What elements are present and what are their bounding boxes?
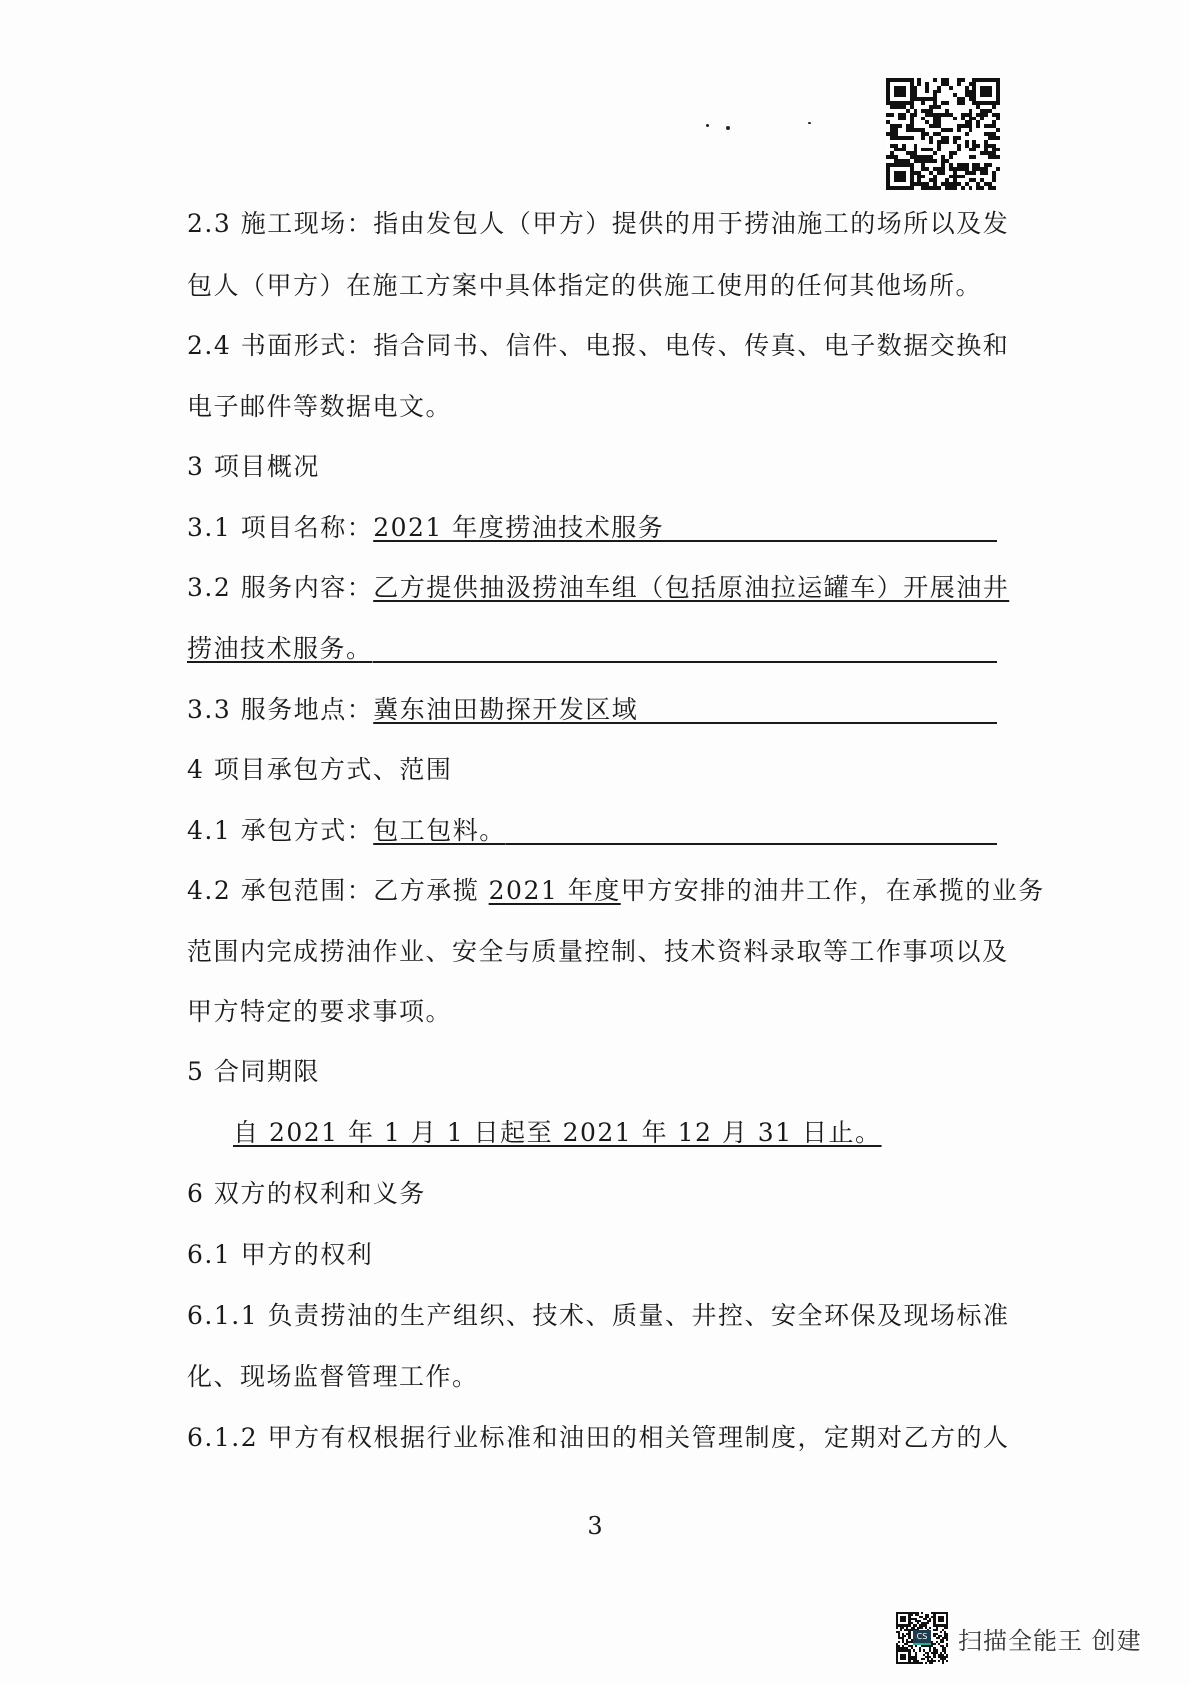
underline-fill <box>638 722 997 724</box>
text: 4.2 承包范围：乙方承揽 <box>187 876 489 905</box>
page-number: 3 <box>0 1512 1190 1540</box>
underline-fill <box>506 843 997 845</box>
field-value: 2021 年度捞油技术服务 <box>373 512 664 544</box>
paragraph-6-1-1-line1: 6.1.1 负责捞油的生产组织、技术、质量、井控、安全环保及现场标准 <box>187 1300 997 1332</box>
paragraph-4-2-line2: 范围内完成捞油作业、安全与质量控制、技术资料录取等工作事项以及 <box>187 936 997 968</box>
field-label: 4.1 承包方式： <box>187 815 373 847</box>
field-3-3-service-location: 3.3 服务地点： 冀东油田勘探开发区域 <box>187 694 997 726</box>
paragraph-2-3-line2: 包人（甲方）在施工方案中具体指定的供施工使用的任何其他场所。 <box>187 270 997 302</box>
paragraph-2-4-line2: 电子邮件等数据电文。 <box>187 391 997 423</box>
section-5-heading: 5 合同期限 <box>187 1056 997 1088</box>
field-3-2-service-content: 3.2 服务内容：乙方提供抽汲捞油车组（包括原油拉运罐车）开展油井 <box>187 572 997 604</box>
paragraph-4-2-line3: 甲方特定的要求事项。 <box>187 996 997 1028</box>
field-value: 冀东油田勘探开发区域 <box>373 694 638 726</box>
scan-speck <box>726 126 730 130</box>
underline-fill <box>373 661 997 663</box>
field-value: 乙方提供抽汲捞油车组（包括原油拉运罐车）开展油井 <box>373 573 1009 602</box>
scanned-page: 2.3 施工现场：指由发包人（甲方）提供的用于捞油施工的场所以及发 包人（甲方）… <box>0 0 1190 1684</box>
contract-period-value: 自 2021 年 1 月 1 日起至 2021 年 12 月 31 日止。 <box>233 1118 882 1147</box>
paragraph-4-2-line1: 4.2 承包范围：乙方承揽 2021 年度甲方安排的油井工作，在承揽的业务 <box>187 875 997 907</box>
field-4-1-contract-mode: 4.1 承包方式： 包工包料。 <box>187 815 997 847</box>
watermark-text: 扫描全能王 创建 <box>958 1621 1142 1656</box>
section-6-heading: 6 双方的权利和义务 <box>187 1178 997 1210</box>
section-6-1-heading: 6.1 甲方的权利 <box>187 1239 997 1271</box>
field-value: 捞油技术服务。 <box>187 633 373 665</box>
underline-fill <box>664 540 997 542</box>
scan-speck <box>706 124 709 127</box>
camscanner-watermark: CS 扫描全能王 创建 <box>896 1612 1142 1664</box>
underlined-year: 2021 年度 <box>489 876 621 905</box>
field-label: 3.1 项目名称： <box>187 512 373 544</box>
qr-code-icon <box>886 78 1000 190</box>
field-value: 包工包料。 <box>373 815 506 847</box>
field-label: 3.2 服务内容： <box>187 572 373 604</box>
field-3-2-service-content-cont: 捞油技术服务。 <box>187 633 997 665</box>
cs-badge: CS <box>913 1630 931 1645</box>
paragraph-6-1-1-line2: 化、现场监督管理工作。 <box>187 1361 997 1393</box>
section-4-heading: 4 项目承包方式、范围 <box>187 754 997 786</box>
paragraph-6-1-2-line1: 6.1.2 甲方有权根据行业标准和油田的相关管理制度，定期对乙方的人 <box>187 1422 997 1454</box>
paragraph-2-4-line1: 2.4 书面形式：指合同书、信件、电报、电传、传真、电子数据交换和 <box>187 330 997 362</box>
contract-period: 自 2021 年 1 月 1 日起至 2021 年 12 月 31 日止。 <box>233 1117 997 1149</box>
camscanner-qr-icon: CS <box>896 1612 948 1664</box>
text: 甲方安排的油井工作，在承揽的业务 <box>621 876 1045 905</box>
field-3-1-project-name: 3.1 项目名称： 2021 年度捞油技术服务 <box>187 512 997 544</box>
field-label: 3.3 服务地点： <box>187 694 373 726</box>
section-3-heading: 3 项目概况 <box>187 451 997 483</box>
scan-speck <box>808 122 811 124</box>
paragraph-2-3-line1: 2.3 施工现场：指由发包人（甲方）提供的用于捞油施工的场所以及发 <box>187 208 997 240</box>
